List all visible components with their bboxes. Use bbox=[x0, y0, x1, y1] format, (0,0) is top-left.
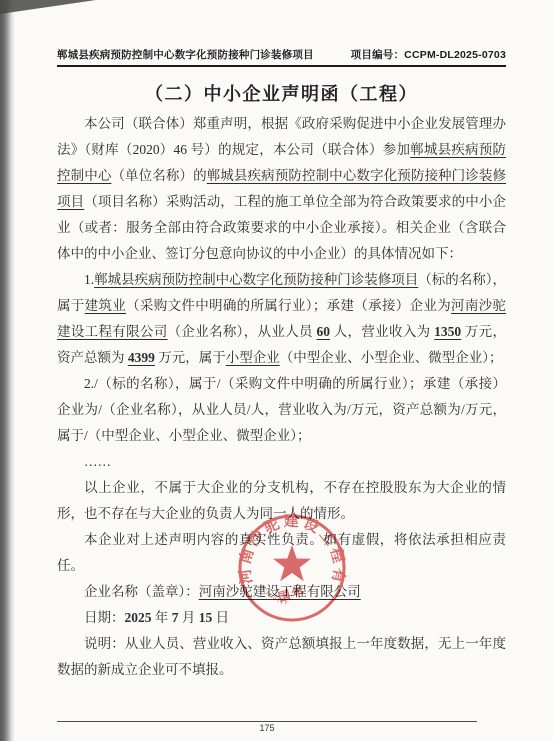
text-segment: 本企业对上述声明内容的真实性负责。如有虚假，将依法承担相应责任。 bbox=[57, 532, 506, 573]
text-segment: 1. bbox=[84, 272, 94, 287]
text-segment: 万元，属于 bbox=[155, 350, 226, 365]
text-segment: 1350 bbox=[434, 324, 461, 339]
text-segment: （单位名称）的 bbox=[111, 168, 206, 183]
text-segment: …… bbox=[84, 454, 111, 469]
text-segment: 人，营业收入为 bbox=[330, 324, 434, 339]
text-segment: 河南沙驼建设工程有限公司 bbox=[199, 584, 361, 599]
document-body: 本公司（联合体）郑重声明，根据《政府采购促进中小企业发展管理办法》（财库（202… bbox=[57, 111, 506, 683]
enterprise-item-1: 1.郸城县疾病预防控制中心数字化预防接种门诊装修项目（标的名称），属于建筑业（采… bbox=[57, 267, 506, 371]
text-segment: 年 bbox=[152, 610, 172, 625]
text-segment: （项目名称）采购活动，工程的施工单位全部为符合政策要求的中小企业（或者：服务全部… bbox=[57, 194, 506, 261]
text-segment: 企业名称（盖章）： bbox=[84, 584, 199, 599]
document-title: （二）中小企业声明函（工程） bbox=[57, 80, 506, 106]
text-segment: 2025 bbox=[125, 610, 152, 625]
text-segment: 月 bbox=[179, 610, 199, 625]
page-header: 郸城县疾病预防控制中心数字化预防接种门诊装修项目 项目编号：CCPM-DL202… bbox=[57, 47, 506, 67]
scan-left-edge bbox=[0, 0, 15, 741]
text-segment: 4399 bbox=[128, 350, 155, 365]
text-segment: 日期： bbox=[84, 610, 125, 625]
footer-rule bbox=[57, 721, 477, 722]
header-project-number: 项目编号：CCPM-DL2025-0703 bbox=[351, 47, 506, 62]
text-segment: 郸城县疾病预防控制中心数字化预防接种门诊装修项目 bbox=[94, 272, 418, 287]
document-page: 郸城县疾病预防控制中心数字化预防接种门诊装修项目 项目编号：CCPM-DL202… bbox=[0, 0, 553, 741]
page-number: 175 bbox=[57, 723, 477, 733]
text-segment: （企业名称），从业人员 bbox=[168, 324, 317, 339]
text-segment: 60 bbox=[317, 324, 331, 339]
date-line: 日期：2025 年 7 月 15 日 bbox=[57, 605, 506, 631]
text-segment: 说明：从业人员、营业收入、资产总额填报上一年度数据，无上一年度数据的新成立企业可… bbox=[57, 636, 506, 677]
note-line: 说明：从业人员、营业收入、资产总额填报上一年度数据，无上一年度数据的新成立企业可… bbox=[57, 631, 506, 683]
scan-corner-mark bbox=[0, 0, 96, 14]
header-project-title: 郸城县疾病预防控制中心数字化预防接种门诊装修项目 bbox=[57, 47, 314, 62]
text-segment: 15 bbox=[199, 610, 213, 625]
text-segment: 以上企业，不属于大企业的分支机构，不存在控股股东为大企业的情形，也不存在与大企业… bbox=[57, 480, 506, 521]
text-segment: 小型企业 bbox=[226, 350, 280, 365]
no-affiliation-statement: 以上企业，不属于大企业的分支机构，不存在控股股东为大企业的情形，也不存在与大企业… bbox=[57, 475, 506, 527]
text-segment: （中型企业、小型企业、微型企业）； bbox=[280, 350, 503, 365]
enterprise-item-2: 2./（标的名称），属于/（采购文件中明确的所属行业）；承建（承接）企业为/（企… bbox=[57, 371, 506, 449]
ellipsis-line: …… bbox=[57, 449, 506, 475]
text-segment: 建筑业 bbox=[85, 298, 126, 313]
text-segment: （采购文件中明确的所属行业）；承建（承接）企业为 bbox=[126, 298, 451, 313]
responsibility-statement: 本企业对上述声明内容的真实性负责。如有虚假，将依法承担相应责任。 bbox=[57, 527, 506, 579]
declaration-intro: 本公司（联合体）郑重声明，根据《政府采购促进中小企业发展管理办法》（财库（202… bbox=[57, 111, 506, 267]
text-segment: 2./（标的名称），属于/（采购文件中明确的所属行业）；承建（承接）企业为/（企… bbox=[57, 376, 506, 443]
text-segment: 7 bbox=[172, 610, 179, 625]
company-name-line: 企业名称（盖章）：河南沙驼建设工程有限公司 bbox=[57, 579, 506, 605]
text-segment: 日 bbox=[212, 610, 229, 625]
